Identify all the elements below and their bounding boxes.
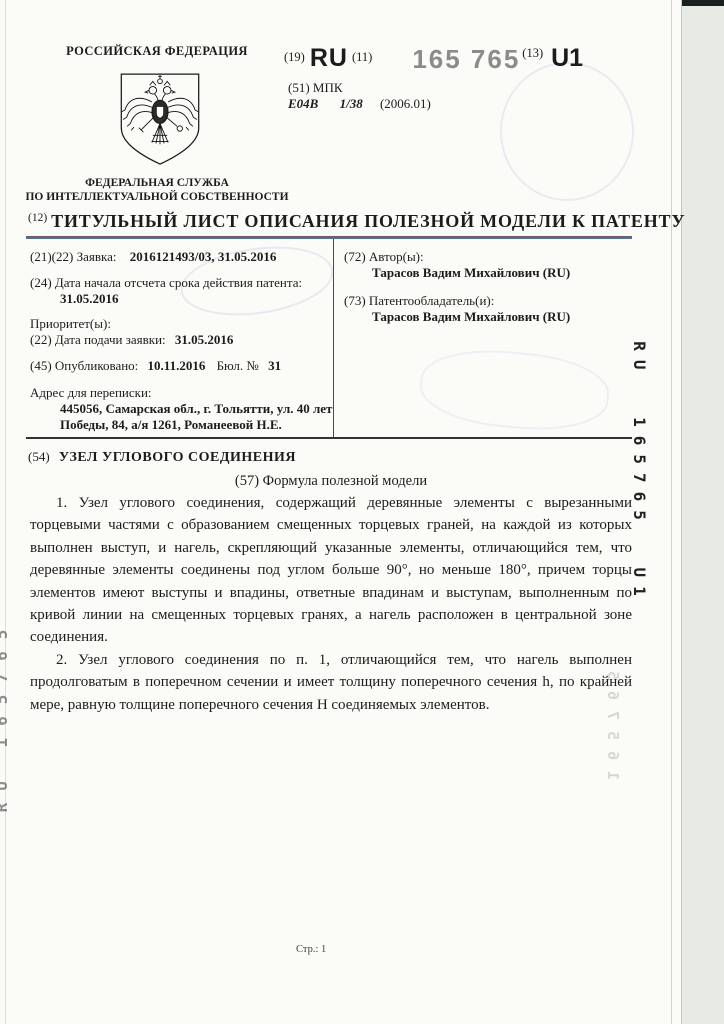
country-name: РОССИЙСКАЯ ФЕДЕРАЦИЯ (62, 44, 252, 59)
agency-name: ФЕДЕРАЛЬНАЯ СЛУЖБА ПО ИНТЕЛЛЕКТУАЛЬНОЙ С… (22, 176, 292, 204)
stamp-bleed-artifact (500, 62, 634, 201)
country-code: RU (310, 44, 348, 73)
address-line1: 445056, Самарская обл., г. Тольятти, ул.… (60, 401, 332, 417)
claim-paragraph-1: 1. Узел углового соединения, содержащий … (30, 492, 632, 649)
biblio-bottom-rule (26, 437, 632, 439)
ipc-classification: E04B 1/38 (2006.01) (288, 96, 431, 112)
scanner-background-strip (681, 0, 724, 1024)
agency-line1: ФЕДЕРАЛЬНАЯ СЛУЖБА (22, 176, 292, 190)
right-margin-doc-number: RU 165765 U1 (627, 323, 649, 623)
page-number: Стр.: 1 (296, 944, 326, 955)
published-value: 10.11.2016 (148, 358, 206, 373)
stamp-bleed-artifact (417, 344, 612, 436)
ipc-class: E04B (288, 96, 318, 111)
scanner-corner-mark (682, 0, 724, 6)
filing-date-value: 31.05.2016 (175, 332, 234, 347)
page-right-edge (671, 0, 672, 1024)
patent-title-page: РОССИЙСКАЯ ФЕДЕРАЦИЯ (0, 0, 724, 1024)
column-divider (333, 239, 334, 437)
bulletin-label: Бюл. № (217, 358, 259, 373)
invention-title: УЗЕЛ УГЛОВОГО СОЕДИНЕНИЯ (59, 450, 296, 465)
holders-value: Тарасов Вадим Михайлович (RU) (372, 309, 570, 325)
doc-number-bleedthrough: 165765 (602, 590, 622, 850)
address-label: Адрес для переписки: (30, 385, 152, 401)
kind-code: U1 (551, 44, 583, 73)
authors-label: (72) Автор(ы): (344, 249, 424, 265)
application-row: (21)(22) Заявка: 2016121493/03, 31.05.20… (30, 249, 276, 265)
claims-section: (57) Формула полезной модели 1. Узел угл… (30, 473, 632, 716)
inid-13: (13) (522, 44, 543, 61)
start-date-label: (24) Дата начала отсчета срока действия … (30, 275, 302, 291)
left-edge-doc-number: RU 165765 (0, 555, 12, 875)
ipc-label: (51) МПК (288, 80, 343, 96)
inid-12: (12) (28, 212, 47, 224)
application-label: (21)(22) Заявка: (30, 249, 116, 264)
start-date-value: 31.05.2016 (60, 291, 119, 307)
invention-title-row: (54) УЗЕЛ УГЛОВОГО СОЕДИНЕНИЯ (28, 449, 296, 466)
publication-codes: (19) RU (11) 165 765 (13) U1 (284, 44, 630, 75)
inid-54: (54) (28, 449, 50, 464)
document-number: 165 765 (412, 44, 520, 75)
document-title: (12) ТИТУЛЬНЫЙ ЛИСТ ОПИСАНИЯ ПОЛЕЗНОЙ МО… (28, 211, 632, 232)
priority-label: Приоритет(ы): (30, 316, 111, 332)
inid-11: (11) (352, 44, 372, 65)
inid-19: (19) (284, 44, 305, 65)
filing-date-row: (22) Дата подачи заявки: 31.05.2016 (30, 332, 233, 348)
authors-value: Тарасов Вадим Михайлович (RU) (372, 265, 570, 281)
filing-date-label: (22) Дата подачи заявки: (30, 332, 166, 347)
ipc-subclass: 1/38 (340, 96, 363, 111)
published-row: (45) Опубликовано: 10.11.2016 Бюл. № 31 (30, 358, 281, 374)
claims-heading: (57) Формула полезной модели (30, 473, 632, 490)
agency-line2: ПО ИНТЕЛЛЕКТУАЛЬНОЙ СОБСТВЕННОСТИ (22, 190, 292, 204)
title-underline (26, 236, 632, 239)
document-title-text: ТИТУЛЬНЫЙ ЛИСТ ОПИСАНИЯ ПОЛЕЗНОЙ МОДЕЛИ … (51, 211, 685, 231)
published-label: (45) Опубликовано: (30, 358, 138, 373)
holders-label: (73) Патентообладатель(и): (344, 293, 494, 309)
ipc-version: (2006.01) (380, 96, 431, 111)
application-value: 2016121493/03, 31.05.2016 (130, 249, 277, 264)
address-line2: Победы, 84, а/я 1261, Романеевой Н.Е. (60, 417, 282, 433)
coat-of-arms-icon (115, 70, 205, 170)
bulletin-number: 31 (268, 358, 281, 373)
claim-paragraph-2: 2. Узел углового соединения по п. 1, отл… (30, 649, 632, 716)
